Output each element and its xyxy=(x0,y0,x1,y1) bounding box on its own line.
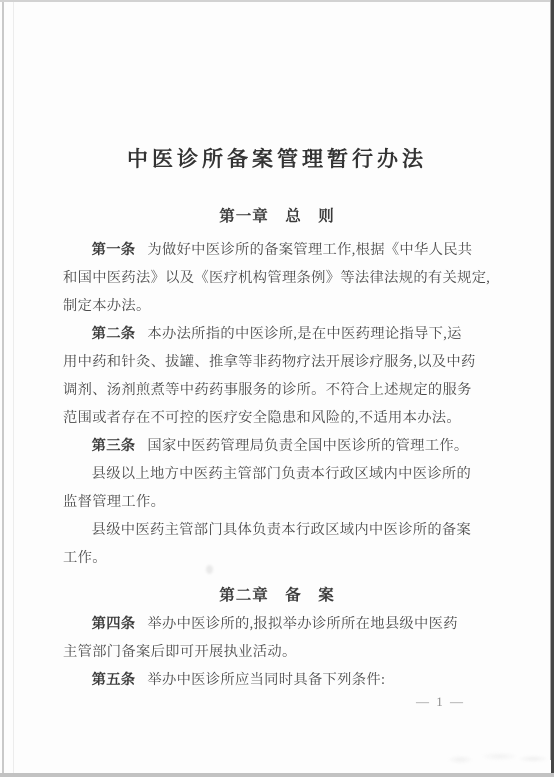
text-line: 工作。 xyxy=(63,544,495,572)
text-line: 县级中医药主管部门具体负责本行政区域内中医诊所的备案 xyxy=(63,516,495,544)
article-2-label: 第二条 xyxy=(92,326,136,342)
line-text: 主管部门备案后即可开展执业活动。 xyxy=(63,644,297,660)
line-text: 制定本办法。 xyxy=(63,298,151,314)
line-text: 为做好中医诊所的备案管理工作,根据《中华人民共 xyxy=(147,242,472,258)
article-1-label: 第一条 xyxy=(92,242,136,258)
line-text: 监督管理工作。 xyxy=(63,494,165,510)
line-text: 县级中医药主管部门具体负责本行政区域内中医诊所的备案 xyxy=(92,522,472,538)
scan-edge-left-faint-line xyxy=(13,0,14,777)
scan-edge-left-line xyxy=(2,0,4,777)
line-text: 县级以上地方中医药主管部门负责本行政区域内中医诊所的 xyxy=(92,466,472,482)
text-line: 第二条本办法所指的中医诊所,是在中医药理论指导下,运 xyxy=(63,320,495,348)
scan-edge-top-line xyxy=(0,0,554,2)
text-line: 制定本办法。 xyxy=(63,292,495,320)
text-line: 范围或者存在不可控的医疗安全隐患和风险的,不适用本办法。 xyxy=(63,404,495,432)
line-text: 国家中医药管理局负责全国中医诊所的管理工作。 xyxy=(147,438,468,454)
document-title: 中医诊所备案管理暂行办法 xyxy=(0,146,554,172)
text-line: 第五条举办中医诊所应当同时具备下列条件: xyxy=(63,666,495,694)
text-line: 第一条为做好中医诊所的备案管理工作,根据《中华人民共 xyxy=(63,236,495,264)
text-line: 监督管理工作。 xyxy=(63,488,495,516)
text-line: 第三条国家中医药管理局负责全国中医诊所的管理工作。 xyxy=(63,432,495,460)
line-text: 本办法所指的中医诊所,是在中医药理论指导下,运 xyxy=(147,326,461,342)
page-number: — 1 — xyxy=(416,693,465,711)
article-4-label: 第四条 xyxy=(92,616,136,632)
chapter-2-body: 第四条举办中医诊所的,报拟举办诊所所在地县级中医药 主管部门备案后即可开展执业活… xyxy=(63,610,495,694)
line-text: 和国中医药法》以及《医疗机构管理条例》等法律法规的有关规定, xyxy=(63,270,490,286)
line-text: 范围或者存在不可控的医疗安全隐患和风险的,不适用本办法。 xyxy=(63,410,461,426)
scan-edge-bottom-line xyxy=(0,773,554,777)
line-text: 调剂、汤剂煎煮等中药药事服务的诊所。不符合上述规定的服务 xyxy=(63,382,472,398)
text-line: 调剂、汤剂煎煮等中药药事服务的诊所。不符合上述规定的服务 xyxy=(63,376,495,404)
chapter-1-body: 第一条为做好中医诊所的备案管理工作,根据《中华人民共 和国中医药法》以及《医疗机… xyxy=(63,236,495,572)
line-text: 用中药和针灸、拔罐、推拿等非药物疗法开展诊疗服务,以及中药 xyxy=(63,354,476,370)
line-text: 举办中医诊所应当同时具备下列条件: xyxy=(147,672,385,688)
line-text: 举办中医诊所的,报拟举办诊所所在地县级中医药 xyxy=(147,616,457,632)
text-line: 第四条举办中医诊所的,报拟举办诊所所在地县级中医药 xyxy=(63,610,495,638)
article-3-label: 第三条 xyxy=(92,438,136,454)
scan-smudge xyxy=(438,750,550,766)
text-line: 和国中医药法》以及《医疗机构管理条例》等法律法规的有关规定, xyxy=(63,264,495,292)
chapter-1-heading: 第一章 总 则 xyxy=(0,207,554,227)
text-line: 县级以上地方中医药主管部门负责本行政区域内中医诊所的 xyxy=(63,460,495,488)
article-5-label: 第五条 xyxy=(92,672,136,688)
line-text: 工作。 xyxy=(63,550,107,566)
text-line: 用中药和针灸、拔罐、推拿等非药物疗法开展诊疗服务,以及中药 xyxy=(63,348,495,376)
chapter-2-heading: 第二章 备 案 xyxy=(0,586,554,606)
document-page: 中医诊所备案管理暂行办法 第一章 总 则 第一条为做好中医诊所的备案管理工作,根… xyxy=(0,0,554,777)
text-line: 主管部门备案后即可开展执业活动。 xyxy=(63,638,495,666)
